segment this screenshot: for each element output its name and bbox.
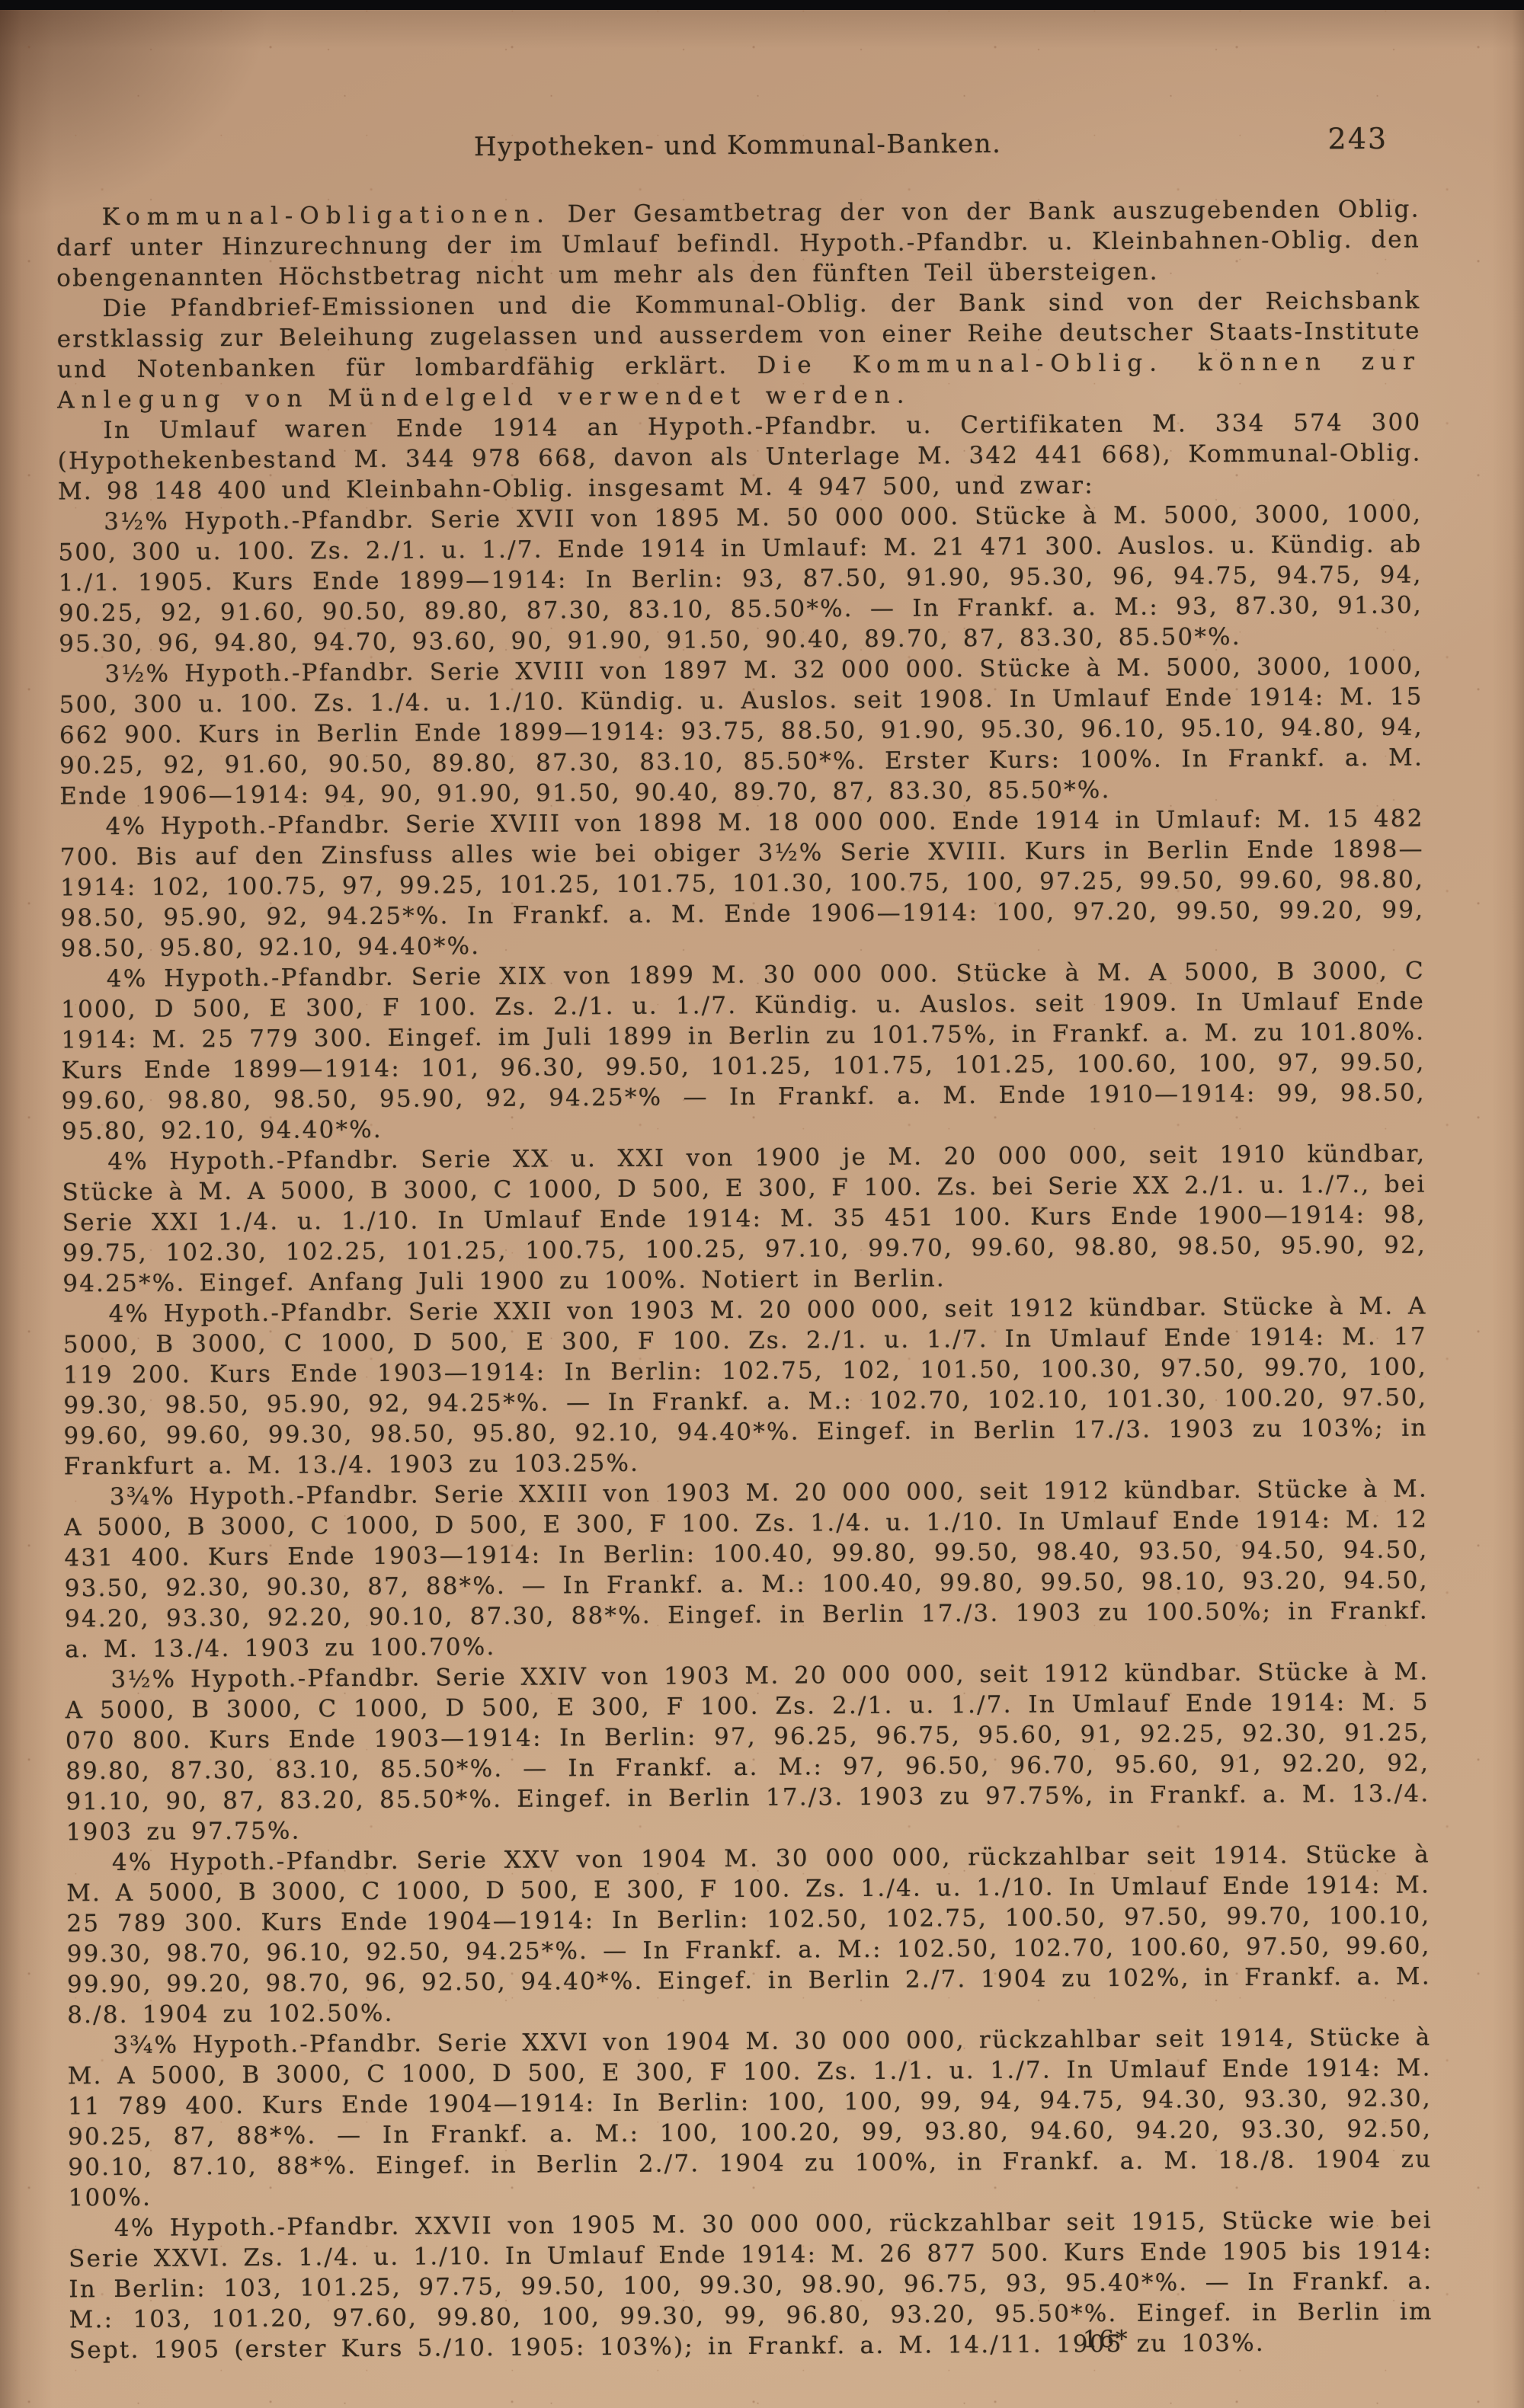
page-number: 243 bbox=[1327, 122, 1388, 155]
spaced-lead-kommunal-obligationen: Kommunal-Obligationen. bbox=[102, 200, 551, 231]
series-paragraph-xxvi: 3¾% Hypoth.-Pfandbr. Serie XXVI von 1904… bbox=[67, 2022, 1432, 2213]
paragraph-pfandbrief-emissionen: Die Pfandbrief-Emissionen und die Kommun… bbox=[56, 286, 1421, 416]
scanned-book-page: Hypotheken- und Kommunal-Banken. 243 Kom… bbox=[0, 0, 1524, 2408]
series-paragraph-xvii: 3½% Hypoth.-Pfandbr. Serie XVII von 1895… bbox=[58, 499, 1423, 660]
running-header: Hypotheken- und Kommunal-Banken. 243 bbox=[56, 126, 1420, 165]
series-paragraph-xxiii: 3¾% Hypoth.-Pfandbr. Serie XXIII von 190… bbox=[64, 1473, 1429, 1664]
page-title: Hypotheken- und Kommunal-Banken. bbox=[56, 126, 1420, 165]
body-text: Kommunal-Obligationen. Der Gesamtbetrag … bbox=[56, 194, 1433, 2366]
page-content: Hypotheken- und Kommunal-Banken. 243 Kom… bbox=[55, 0, 1433, 2408]
series-paragraph-xxv: 4% Hypoth.-Pfandbr. Serie XXV von 1904 M… bbox=[66, 1839, 1431, 2030]
signature-mark: 16* bbox=[1083, 2326, 1129, 2353]
series-paragraph-xxii: 4% Hypoth.-Pfandbr. Serie XXII von 1903 … bbox=[62, 1291, 1427, 1482]
series-paragraph-xxiv: 3½% Hypoth.-Pfandbr. Serie XXIV von 1903… bbox=[65, 1656, 1430, 1847]
series-paragraph-xix: 4% Hypoth.-Pfandbr. Serie XIX von 1899 M… bbox=[61, 956, 1426, 1147]
series-paragraph-xviii-1898: 4% Hypoth.-Pfandbr. Serie XVIII von 1898… bbox=[59, 804, 1424, 964]
series-paragraph-xx-xxi: 4% Hypoth.-Pfandbr. Serie XX u. XXI von … bbox=[62, 1139, 1426, 1300]
series-paragraph-xviii-1897: 3½% Hypoth.-Pfandbr. Serie XVIII von 189… bbox=[59, 651, 1423, 812]
paragraph-umlauf-1914: In Umlauf waren Ende 1914 an Hypoth.-Pfa… bbox=[57, 408, 1422, 507]
series-paragraph-xxvii: 4% Hypoth.-Pfandbr. XXVII von 1905 M. 30… bbox=[69, 2205, 1433, 2365]
paragraph-kommunal-obligationen: Kommunal-Obligationen. Der Gesamtbetrag … bbox=[56, 194, 1421, 294]
